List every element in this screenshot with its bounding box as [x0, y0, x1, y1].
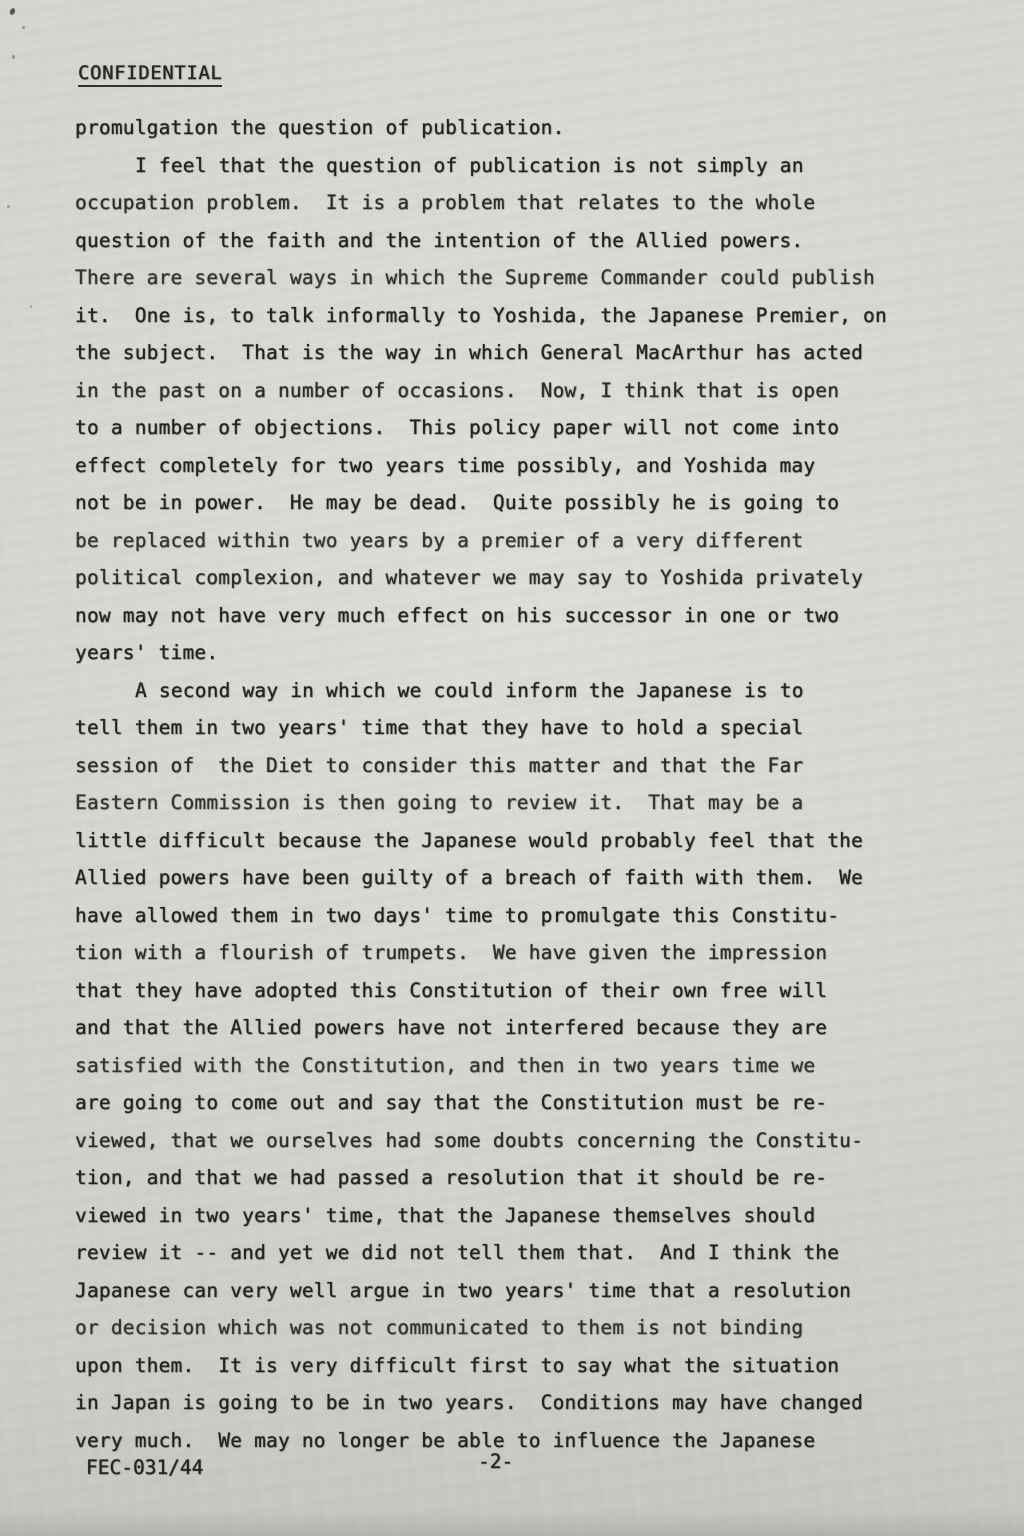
- document-page: CONFIDENTIAL promulgation the question o…: [0, 0, 1024, 1536]
- text-line: viewed, that we ourselves had some doubt…: [75, 1122, 955, 1160]
- text-line: question of the faith and the intention …: [75, 222, 955, 260]
- scan-artifact: [22, 26, 25, 29]
- text-line: be replaced within two years by a premie…: [75, 522, 955, 560]
- text-line: now may not have very much effect on his…: [75, 597, 955, 635]
- text-line: occupation problem. It is a problem that…: [75, 184, 955, 222]
- text-line: years' time.: [75, 634, 955, 672]
- text-line: not be in power. He may be dead. Quite p…: [75, 484, 955, 522]
- classification-stamp: CONFIDENTIAL: [78, 62, 222, 87]
- text-line: Eastern Commission is then going to revi…: [75, 784, 955, 822]
- text-line: in the past on a number of occasions. No…: [75, 372, 955, 410]
- text-line: There are several ways in which the Supr…: [75, 259, 955, 297]
- text-line: to a number of objections. This policy p…: [75, 409, 955, 447]
- scan-artifact: [9, 7, 16, 15]
- document-body: promulgation the question of publication…: [75, 109, 955, 1459]
- text-line: I feel that the question of publication …: [75, 147, 955, 185]
- scan-artifact: [7, 205, 10, 208]
- text-line: satisfied with the Constitution, and the…: [75, 1047, 955, 1085]
- text-line: tion, and that we had passed a resolutio…: [75, 1159, 955, 1197]
- text-line: and that the Allied powers have not inte…: [75, 1009, 955, 1047]
- text-line: or decision which was not communicated t…: [75, 1309, 955, 1347]
- text-line: tion with a flourish of trumpets. We hav…: [75, 934, 955, 972]
- text-line: session of the Diet to consider this mat…: [75, 747, 955, 785]
- text-line: the subject. That is the way in which Ge…: [75, 334, 955, 372]
- text-line: little difficult because the Japanese wo…: [75, 822, 955, 860]
- page-footer: FEC-031/44 -2-: [0, 1450, 1024, 1488]
- text-line: in Japan is going to be in two years. Co…: [75, 1384, 955, 1422]
- text-line: Allied powers have been guilty of a brea…: [75, 859, 955, 897]
- scan-artifact: [30, 305, 32, 308]
- text-line: have allowed them in two days' time to p…: [75, 897, 955, 935]
- text-line: it. One is, to talk informally to Yoshid…: [75, 297, 955, 335]
- page-number: -2-: [478, 1450, 513, 1473]
- text-line: A second way in which we could inform th…: [75, 672, 955, 710]
- text-line: Japanese can very well argue in two year…: [75, 1272, 955, 1310]
- text-line: review it -- and yet we did not tell the…: [75, 1234, 955, 1272]
- text-line: viewed in two years' time, that the Japa…: [75, 1197, 955, 1235]
- scan-artifact: [12, 55, 15, 59]
- text-line: that they have adopted this Constitution…: [75, 972, 955, 1010]
- text-line: political complexion, and whatever we ma…: [75, 559, 955, 597]
- text-line: are going to come out and say that the C…: [75, 1084, 955, 1122]
- text-line: promulgation the question of publication…: [75, 109, 955, 147]
- text-line: upon them. It is very difficult first to…: [75, 1347, 955, 1385]
- text-line: tell them in two years' time that they h…: [75, 709, 955, 747]
- document-reference: FEC-031/44: [86, 1456, 203, 1479]
- text-line: effect completely for two years time pos…: [75, 447, 955, 485]
